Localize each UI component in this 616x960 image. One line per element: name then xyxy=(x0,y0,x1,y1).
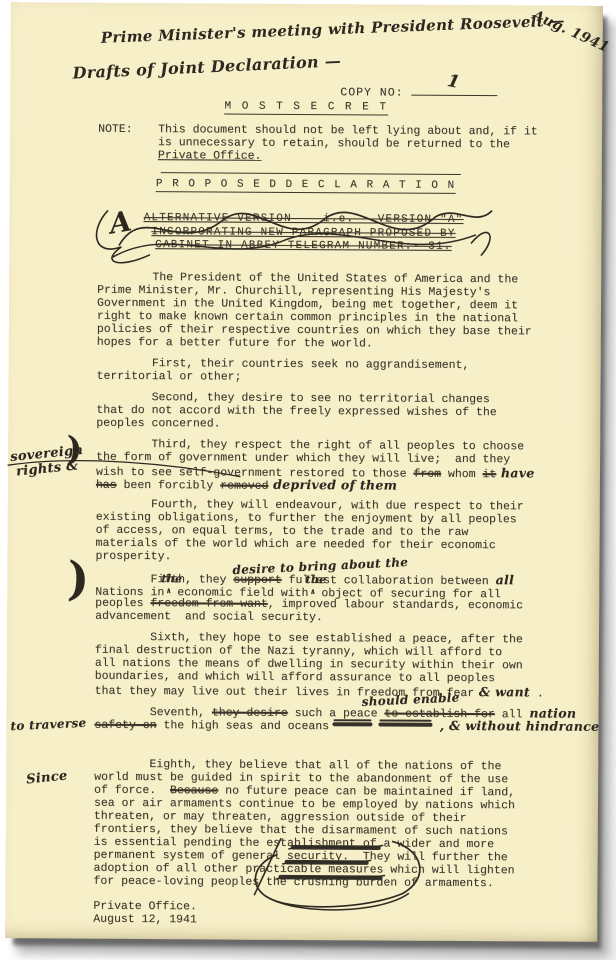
handwritten-text: all xyxy=(496,572,515,587)
note-block: NOTE: This document should not be left l… xyxy=(98,123,538,180)
margin-bracket: ) xyxy=(67,572,89,586)
note-rule xyxy=(161,162,461,175)
handwritten-insertion: the xyxy=(308,585,321,596)
handwritten-text: deprived of them xyxy=(268,477,397,493)
typed-text: prosperity. xyxy=(95,550,171,563)
typed-line: hopes for a better future for the world. xyxy=(97,336,571,352)
typed-body: The President of the United States of Am… xyxy=(93,271,571,899)
copy-number-row: COPY NO: 1 xyxy=(340,83,497,100)
typed-text: hopes for a better future for the world. xyxy=(97,336,373,351)
copy-number-rule: 1 xyxy=(411,84,497,97)
footer-office: Private Office. xyxy=(93,900,197,914)
document-title-text: P R O P O S E D D E C L A R A T I O N xyxy=(156,178,456,194)
typed-line: territorial or other; xyxy=(97,370,571,386)
copy-number-label: COPY NO: xyxy=(340,86,403,99)
typed-text: of force. xyxy=(94,784,170,797)
typed-text: peoples concerned. xyxy=(96,417,220,431)
paragraph-seventh: Seventh, they desire such a peace to est… xyxy=(94,704,568,733)
typed-text: advancement and social security. xyxy=(95,610,323,624)
classification-banner: M O S T S E C R E T xyxy=(10,99,602,115)
handwritten-text: , & without hindrance xyxy=(435,718,599,734)
typed-line: peoples concerned. xyxy=(96,417,570,433)
typed-line: has been forcibly removed deprived of th… xyxy=(96,477,570,493)
paragraph-fifth: Fifth, they support fullest collaboratio… xyxy=(95,571,569,626)
handwritten-A-mark: A xyxy=(107,204,134,240)
footer-date: August 12, 1941 xyxy=(93,913,197,927)
paragraph-fourth: Fourth, they will endeavour, with due re… xyxy=(95,498,569,566)
handwritten-annotation: should enable xyxy=(361,691,459,709)
struck-illegible-words xyxy=(378,722,432,726)
footer-block: Private Office. August 12, 1941 xyxy=(93,900,197,927)
paragraph-sixth: Sixth, they hope to see established a pe… xyxy=(95,631,569,699)
struck-text: Because xyxy=(170,784,218,797)
paragraph-eighth: Eighth, they believe that all of the nat… xyxy=(93,758,568,891)
note-label: NOTE: xyxy=(98,123,158,177)
handwritten-text: & want xyxy=(474,684,530,699)
note-private-office: Private Office. xyxy=(158,149,262,163)
struck-text: has xyxy=(96,479,117,492)
copy-number-value: 1 xyxy=(446,71,462,93)
paragraph-first: First, their countries seek no aggrandis… xyxy=(97,357,571,386)
struck-text: freedom from want xyxy=(150,597,267,611)
document-page: Prime Minister's meeting with President … xyxy=(5,2,603,942)
insertion-word: the xyxy=(305,573,326,586)
handwritten-insertion: the xyxy=(164,584,177,595)
typed-line: for peace-loving peoples the crushing bu… xyxy=(93,875,567,891)
handwritten-header-date: Aug. 1941 xyxy=(530,7,612,55)
struck-text: removed xyxy=(220,479,268,492)
insertion-word: the xyxy=(161,572,182,585)
handwritten-text: have xyxy=(496,465,534,480)
typed-text: peoples xyxy=(95,597,150,610)
typed-line: that they may live out their lives in fr… xyxy=(95,683,569,699)
typed-text: the high seas and oceans xyxy=(157,719,330,733)
struck-illegible-words xyxy=(332,722,372,726)
handwritten-annotation: to traverse xyxy=(10,717,87,733)
margin-note: Since xyxy=(26,769,69,786)
typed-text: . xyxy=(530,687,544,700)
typed-text: been forcibly xyxy=(117,479,221,493)
typed-text: territorial or other; xyxy=(97,370,242,384)
typed-text: for peace-loving peoples the crushing bu… xyxy=(93,875,493,890)
typed-line: advancement and social security. xyxy=(95,610,569,626)
document-title: P R O P O S E D D E C L A R A T I O N xyxy=(10,177,602,193)
scanned-document-photo: Prime Minister's meeting with President … xyxy=(0,0,616,960)
classification-text: M O S T S E C R E T xyxy=(224,101,388,116)
struck-heading: ALTERNATIVE VERSION i.e. VERSION "A" INC… xyxy=(97,212,509,255)
paragraph-preamble: The President of the United States of Am… xyxy=(97,271,571,352)
struck-text: safety on xyxy=(94,719,156,732)
margin-bracket: ) xyxy=(66,443,83,457)
handwritten-header-line2: Drafts of Joint Declaration — xyxy=(72,51,341,82)
handwritten-header-line1: Prime Minister's meeting with President … xyxy=(101,11,566,46)
paragraph-second: Second, they desire to see no territoria… xyxy=(96,391,570,433)
paragraph-third: Third, they respect the right of all peo… xyxy=(96,438,570,493)
typed-line: safety on the high seas and oceans , & w… xyxy=(94,717,568,733)
struck-heading-line: CABINET IN ABBEY TELEGRAM NUMBER:- 31. xyxy=(97,239,509,255)
